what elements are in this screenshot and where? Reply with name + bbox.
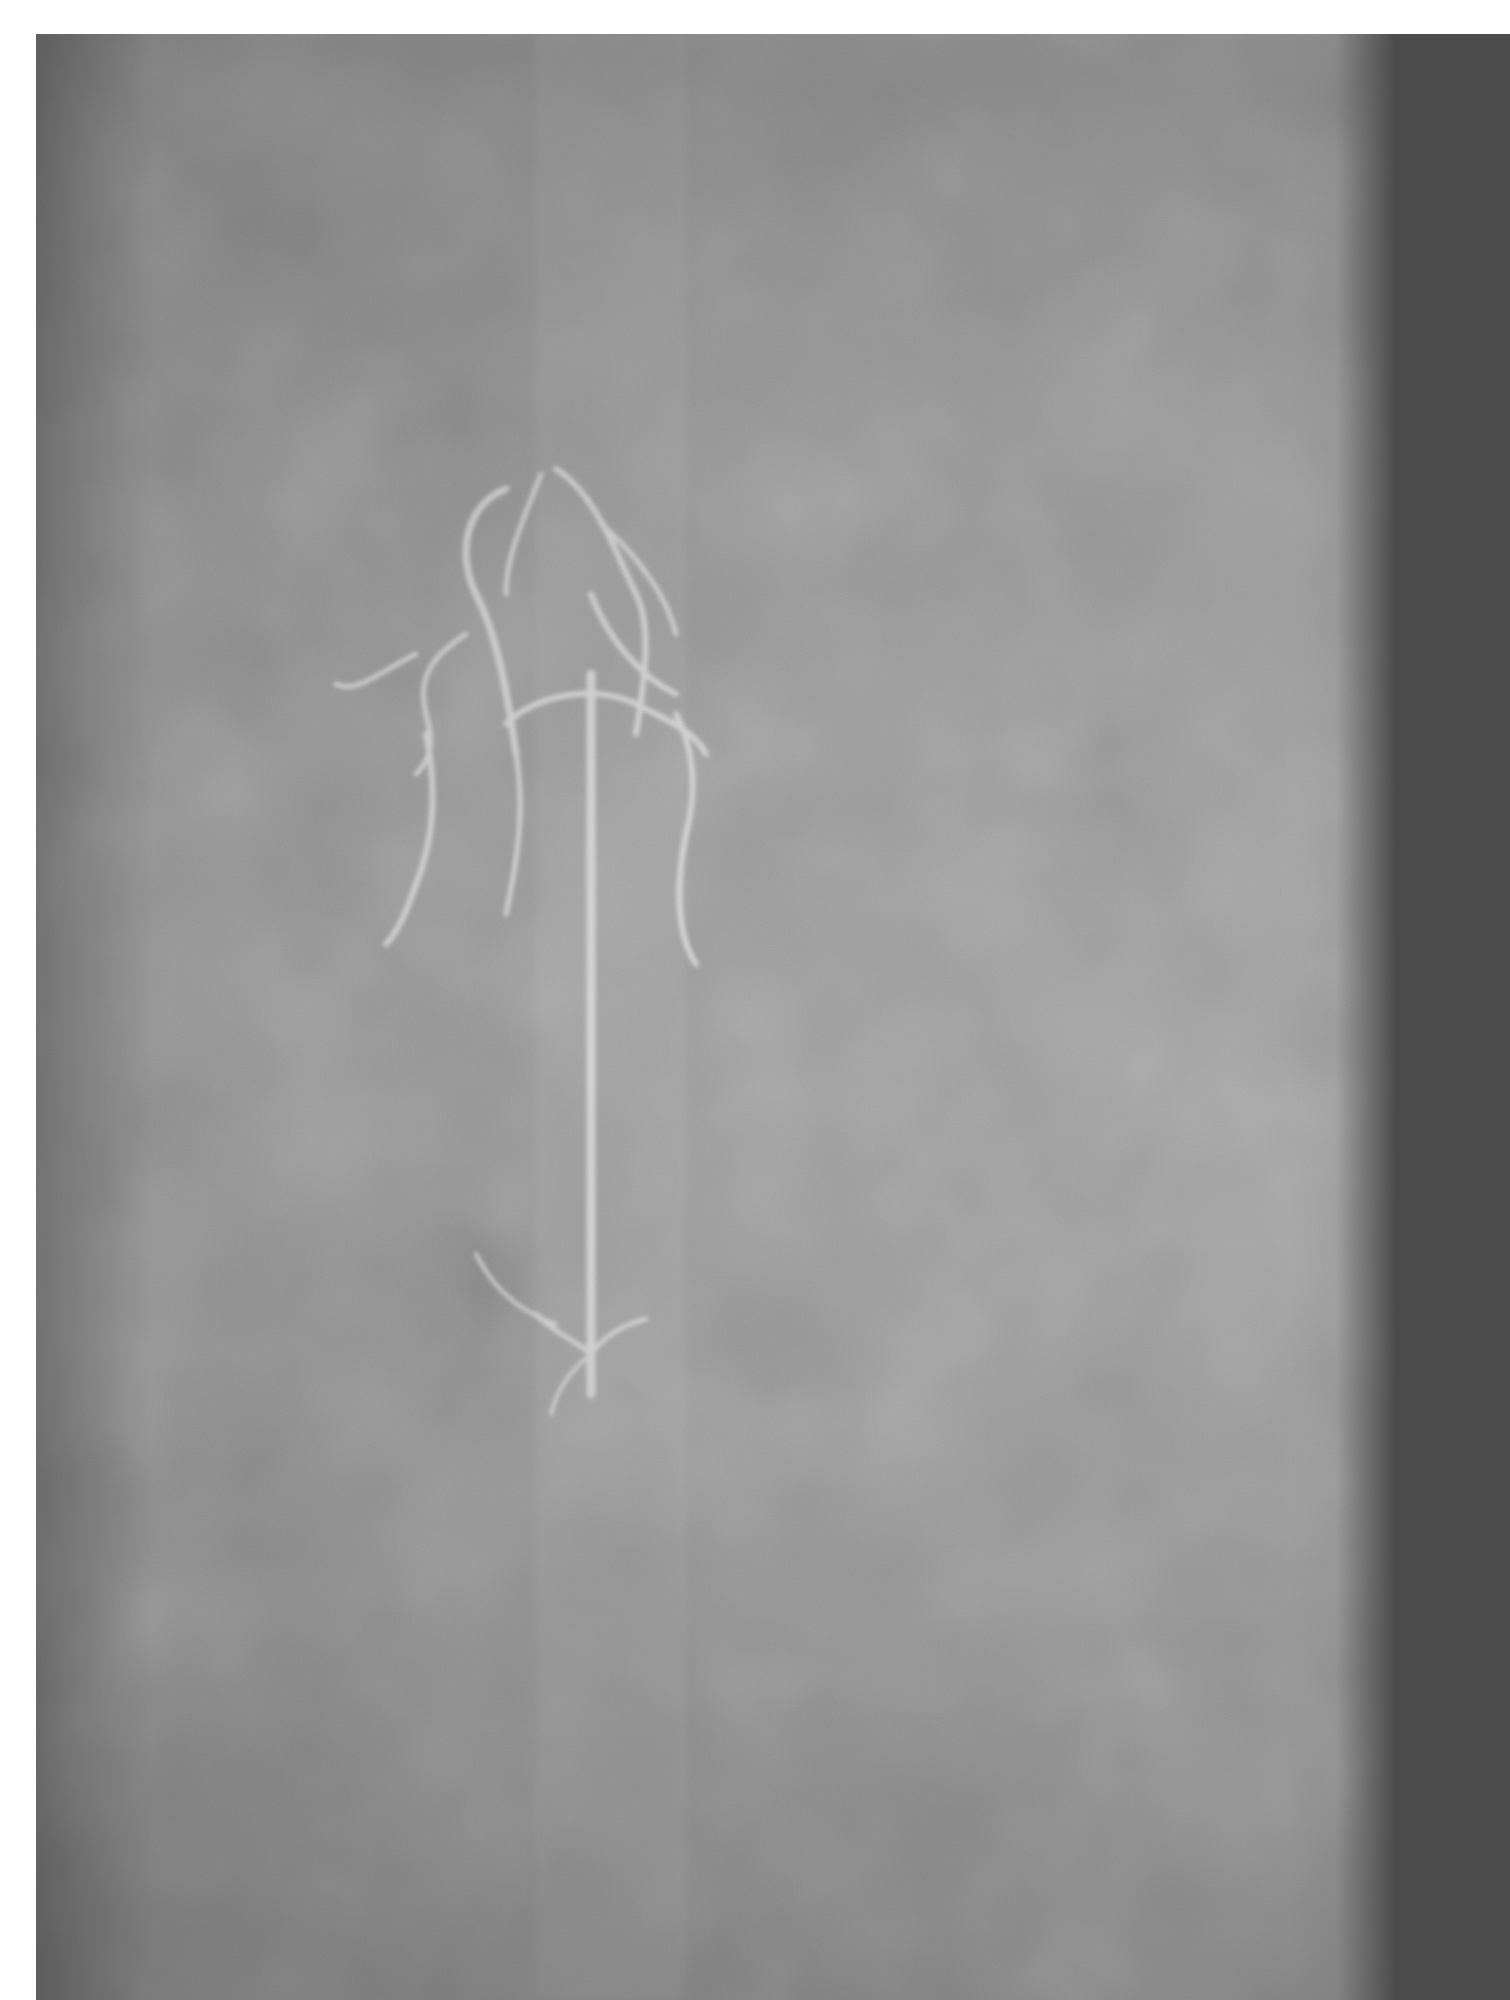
manuscript-scan (36, 34, 1510, 2000)
dark-band (1396, 34, 1510, 2000)
top-ruler (0, 0, 1510, 34)
edge-fade (1336, 34, 1396, 2000)
left-ruler (0, 0, 36, 2000)
